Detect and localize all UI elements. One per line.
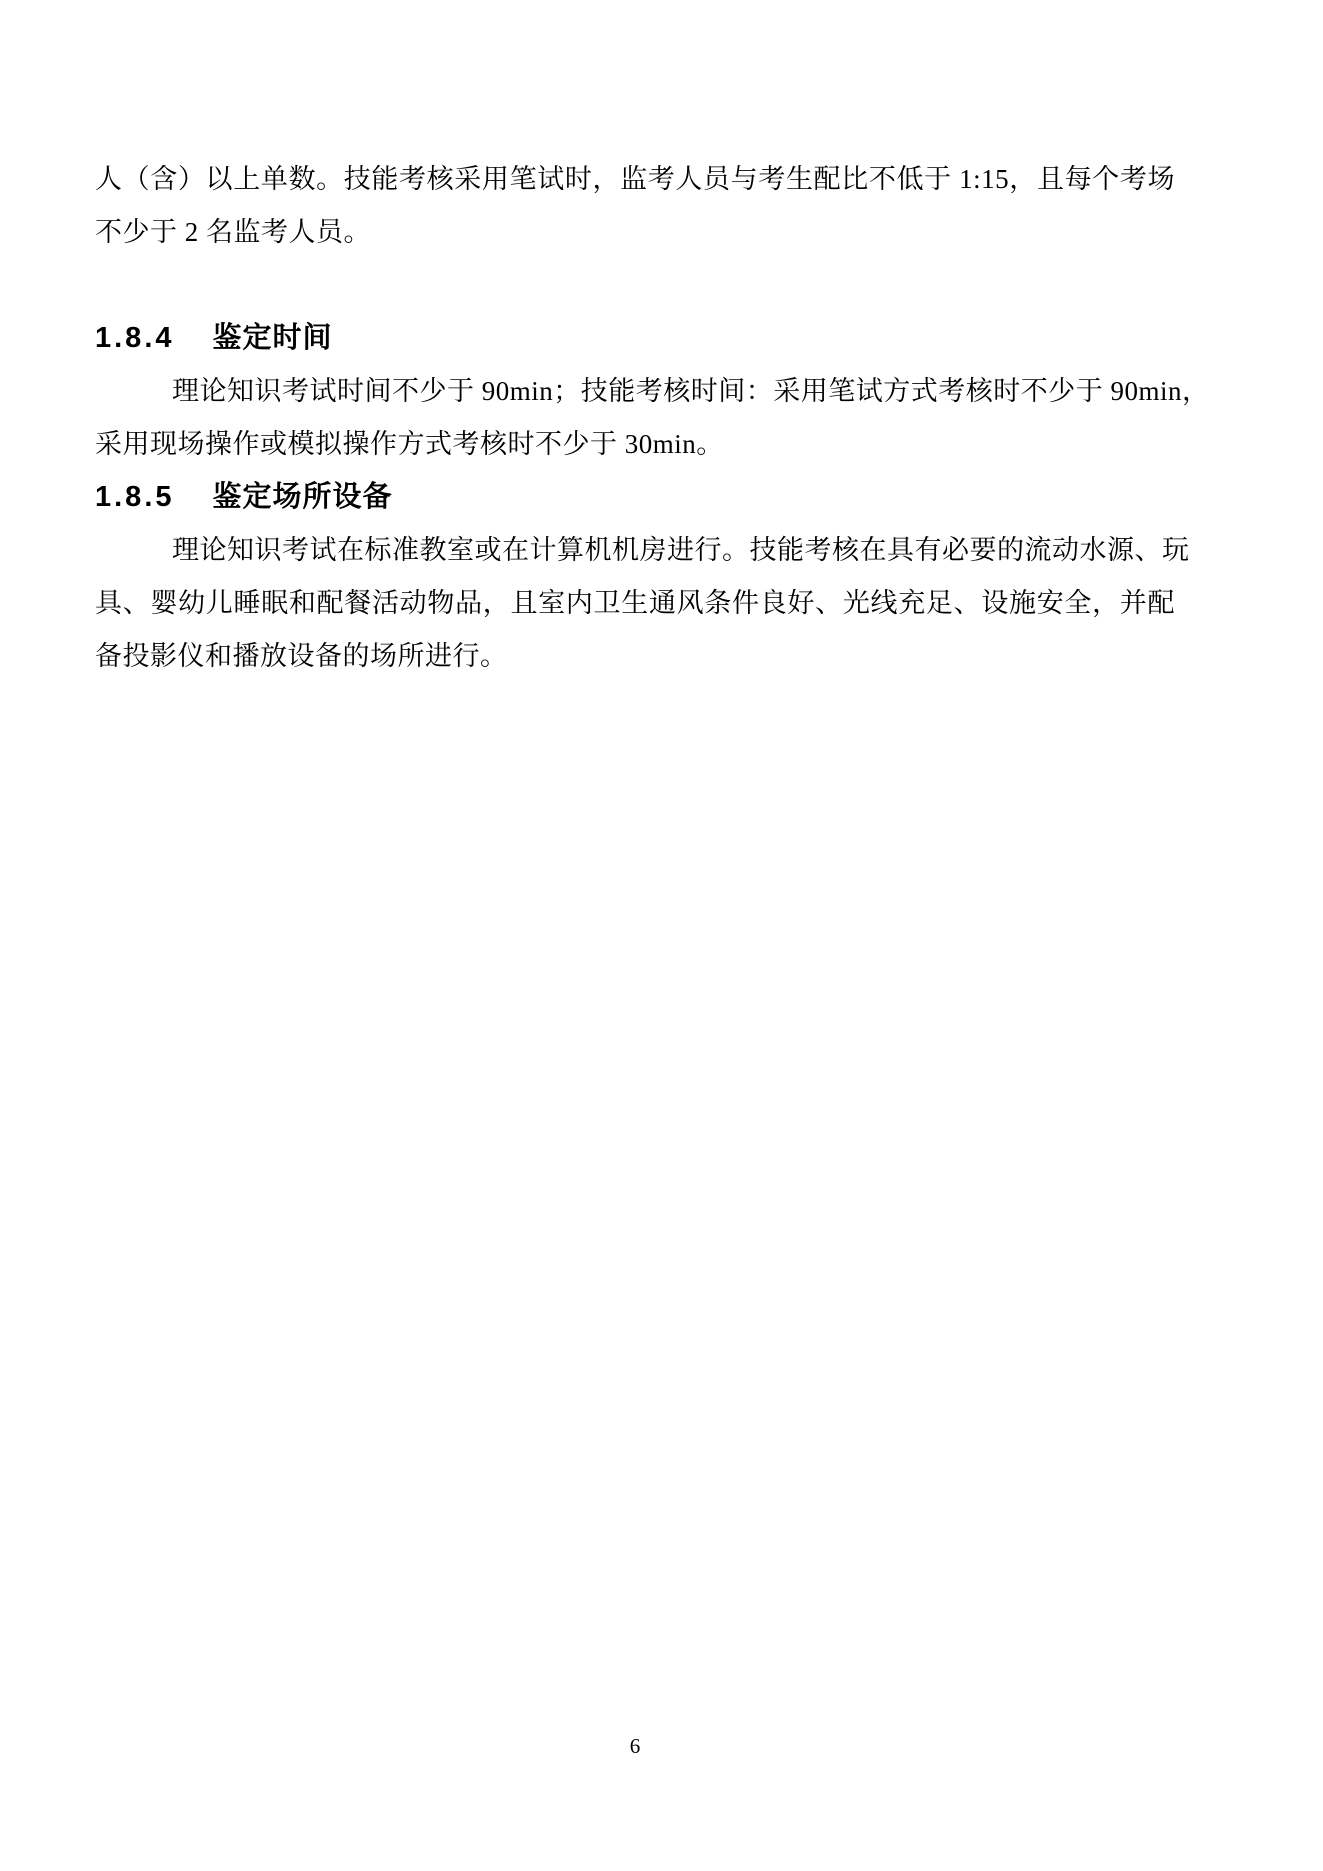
document-page: 人（含）以上单数。技能考核采用笔试时，监考人员与考生配比不低于 1:15，且每个…: [0, 0, 1323, 1871]
text-block: 人（含）以上单数。技能考核采用笔试时，监考人员与考生配比不低于 1:15，且每个…: [95, 153, 1175, 683]
blank-line: [95, 259, 1175, 312]
section-heading-1-8-5: 1.8.5鉴定场所设备: [95, 471, 1175, 524]
body-line: 理论知识考试在标准教室或在计算机机房进行。技能考核在具有必要的流动水源、玩: [95, 524, 1175, 577]
section-title: 鉴定场所设备: [213, 481, 393, 513]
body-line: 采用现场操作或模拟操作方式考核时不少于 30min。: [95, 418, 1175, 471]
body-line: 具、婴幼儿睡眠和配餐活动物品，且室内卫生通风条件良好、光线充足、设施安全，并配: [95, 577, 1175, 630]
page-number: 6: [95, 1733, 1175, 1759]
body-line: 人（含）以上单数。技能考核采用笔试时，监考人员与考生配比不低于 1:15，且每个…: [95, 153, 1175, 206]
body-line: 不少于 2 名监考人员。: [95, 206, 1175, 259]
section-title: 鉴定时间: [213, 322, 333, 354]
section-number: 1.8.4: [95, 322, 175, 354]
section-number: 1.8.5: [95, 481, 175, 513]
body-line: 备投影仪和播放设备的场所进行。: [95, 630, 1175, 683]
section-heading-1-8-4: 1.8.4鉴定时间: [95, 312, 1175, 365]
body-line: 理论知识考试时间不少于 90min；技能考核时间：采用笔试方式考核时不少于 90…: [95, 365, 1175, 418]
